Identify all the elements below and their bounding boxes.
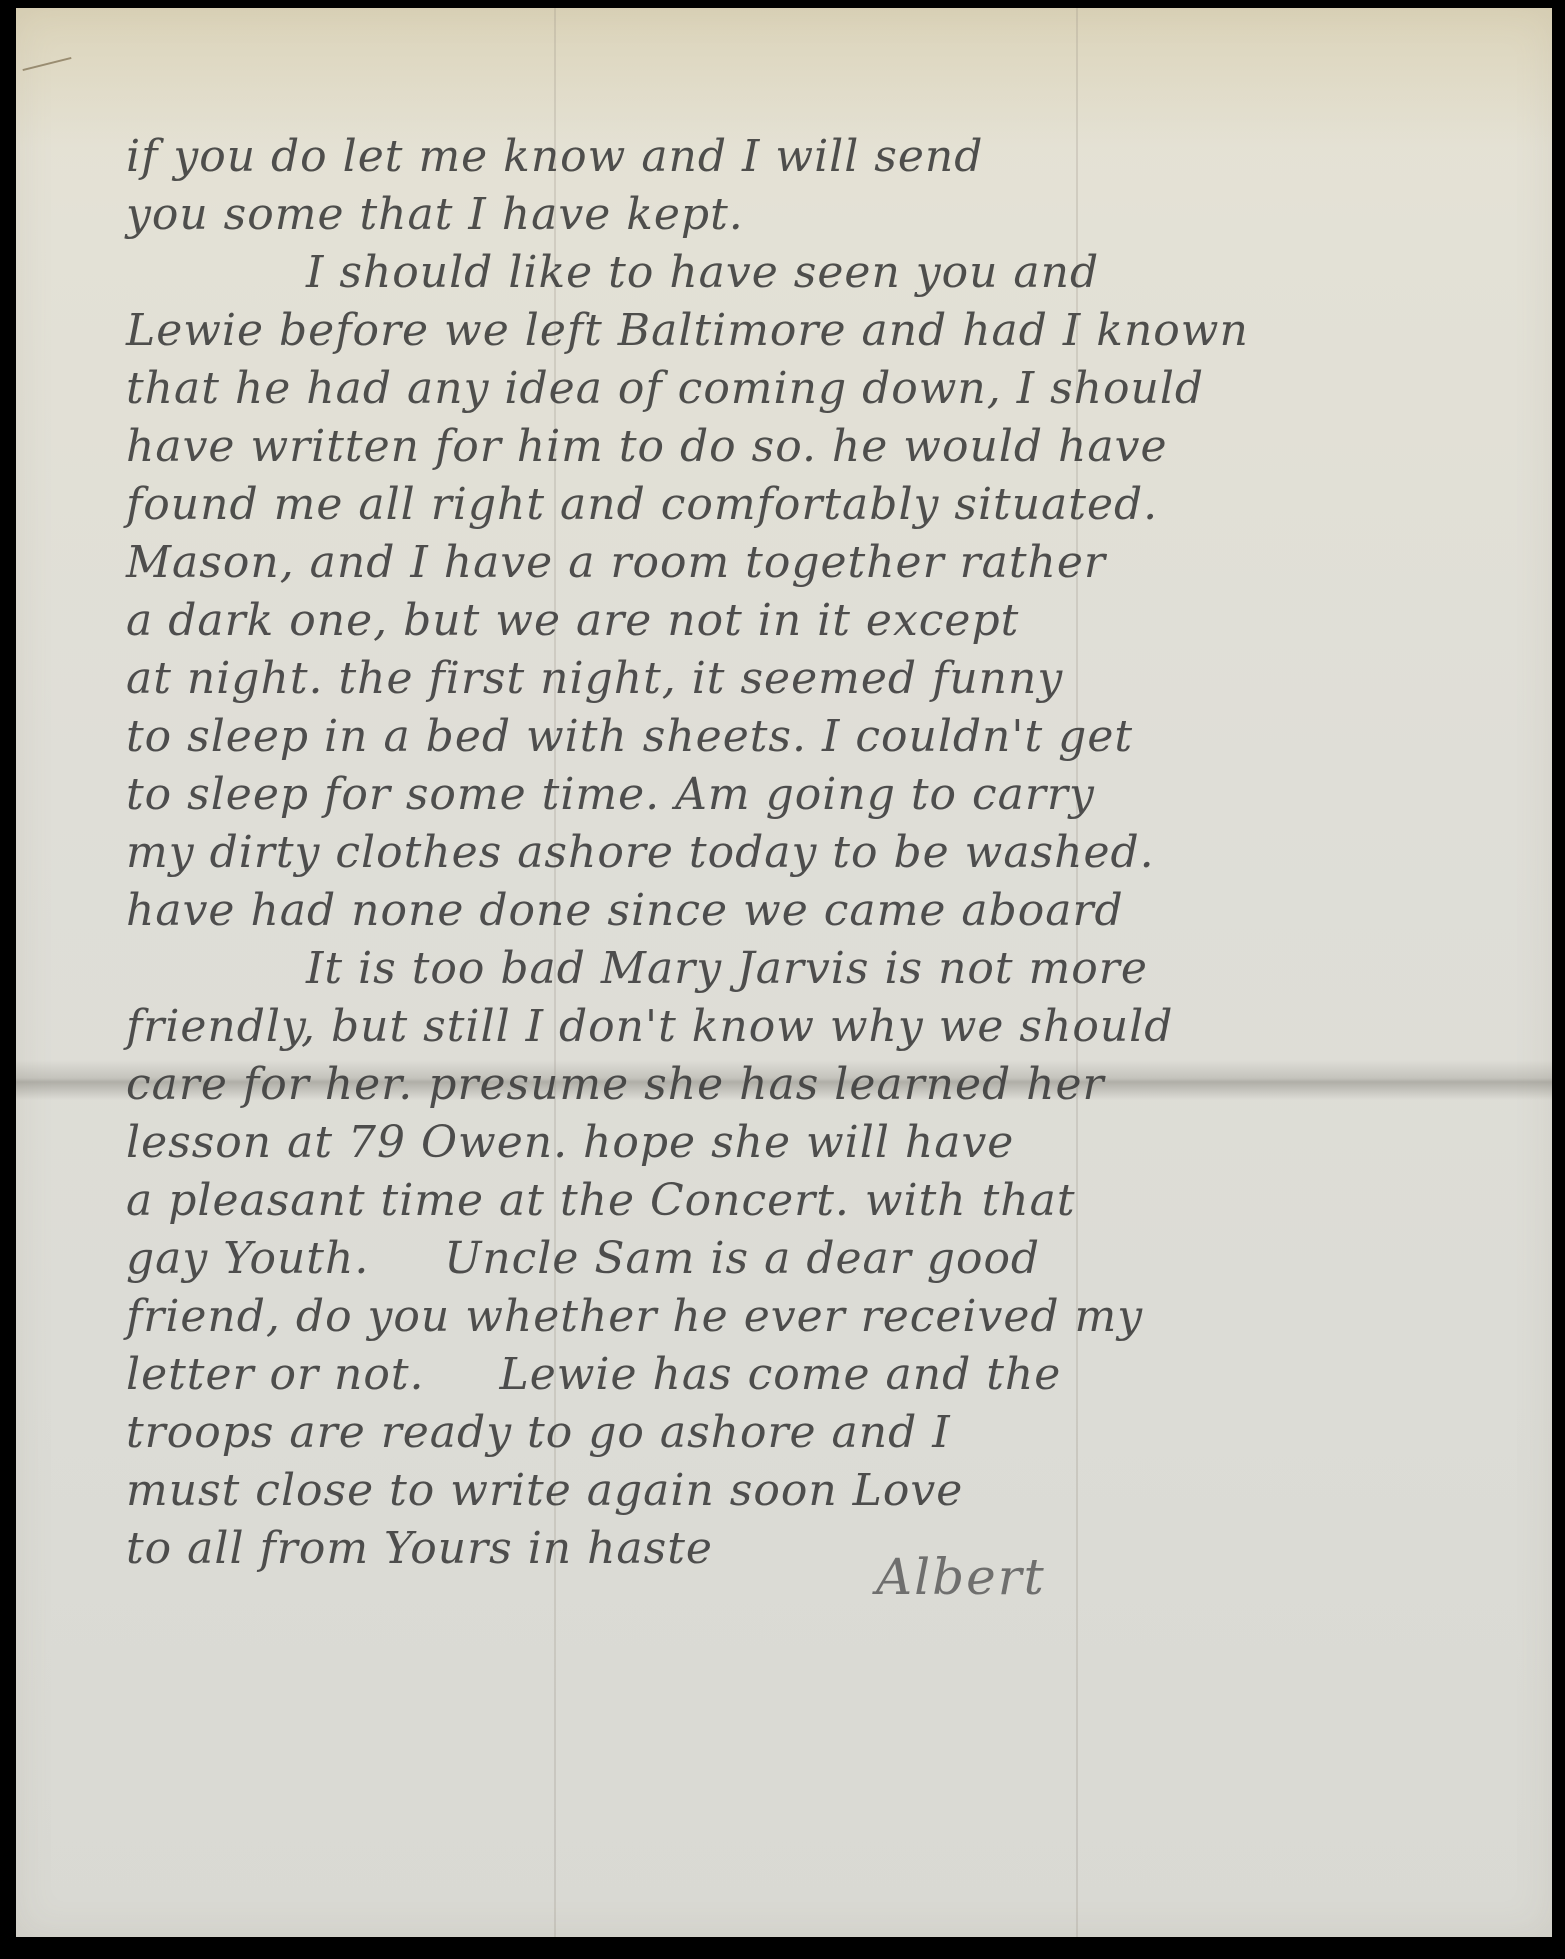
letter-line: that he had any idea of coming down, I s… <box>126 360 1506 418</box>
letter-line: if you do let me know and I will send <box>126 128 1506 186</box>
signature: Albert <box>876 1548 1046 1606</box>
letter-line: troops are ready to go ashore and I <box>126 1404 1506 1462</box>
letter-body: if you do let me know and I will send yo… <box>126 128 1506 1578</box>
letter-line: at night. the first night, it seemed fun… <box>126 650 1506 708</box>
letter-line: friend, do you whether he ever received … <box>126 1288 1506 1346</box>
corner-tear <box>23 57 72 71</box>
letter-line: gay Youth. Uncle Sam is a dear good <box>126 1230 1506 1288</box>
letter-line: friendly, but still I don't know why we … <box>126 998 1506 1056</box>
letter-line: must close to write again soon Love <box>126 1462 1506 1520</box>
letter-line: found me all right and comfortably situa… <box>126 476 1506 534</box>
letter-line: I should like to have seen you and <box>126 244 1506 302</box>
letter-line: Lewie before we left Baltimore and had I… <box>126 302 1506 360</box>
letter-line: you some that I have kept. <box>126 186 1506 244</box>
letter-line: to all from Yours in haste <box>126 1520 1506 1578</box>
letter-line: to sleep in a bed with sheets. I couldn'… <box>126 708 1506 766</box>
letter-line: have had none done since we came aboard <box>126 882 1506 940</box>
letter-line: care for her. presume she has learned he… <box>126 1056 1506 1114</box>
letter-line: to sleep for some time. Am going to carr… <box>126 766 1506 824</box>
letter-line: It is too bad Mary Jarvis is not more <box>126 940 1506 998</box>
letter-line: Mason, and I have a room together rather <box>126 534 1506 592</box>
letter-line: lesson at 79 Owen. hope she will have <box>126 1114 1506 1172</box>
letter-line: have written for him to do so. he would … <box>126 418 1506 476</box>
letter-line: letter or not. Lewie has come and the <box>126 1346 1506 1404</box>
letter-line: my dirty clothes ashore today to be wash… <box>126 824 1506 882</box>
letter-line: a dark one, but we are not in it except <box>126 592 1506 650</box>
letter-page: if you do let me know and I will send yo… <box>16 8 1552 1937</box>
letter-line: a pleasant time at the Concert. with tha… <box>126 1172 1506 1230</box>
